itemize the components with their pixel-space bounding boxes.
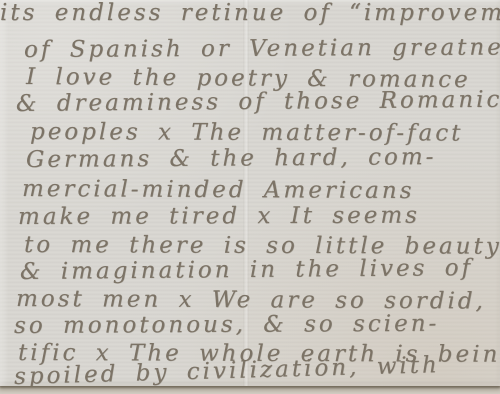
handwriting-line: Germans & the hard, com- [26, 144, 437, 173]
letter-page: of Spanish or Venetian greatness I love … [0, 0, 500, 386]
letter-scan: of Spanish or Venetian greatness I love … [0, 0, 500, 394]
handwriting-line: its endless retinue of “improvements” [0, 0, 500, 26]
handwriting-line: peoples x The matter-of-fact [30, 119, 463, 147]
handwriting-line: & imagination in the lives of [20, 255, 473, 285]
handwriting-line: mercial-minded Americans [22, 176, 415, 204]
handwriting-line: & dreaminess of those Romanic [16, 87, 500, 117]
handwriting-line: make me tired x It seems [18, 203, 420, 230]
handwriting-line: of Spanish or Venetian greatness [24, 34, 500, 63]
paper-bottom-edge [0, 386, 500, 394]
handwriting-line: so monotonous, & so scien- [14, 311, 439, 339]
